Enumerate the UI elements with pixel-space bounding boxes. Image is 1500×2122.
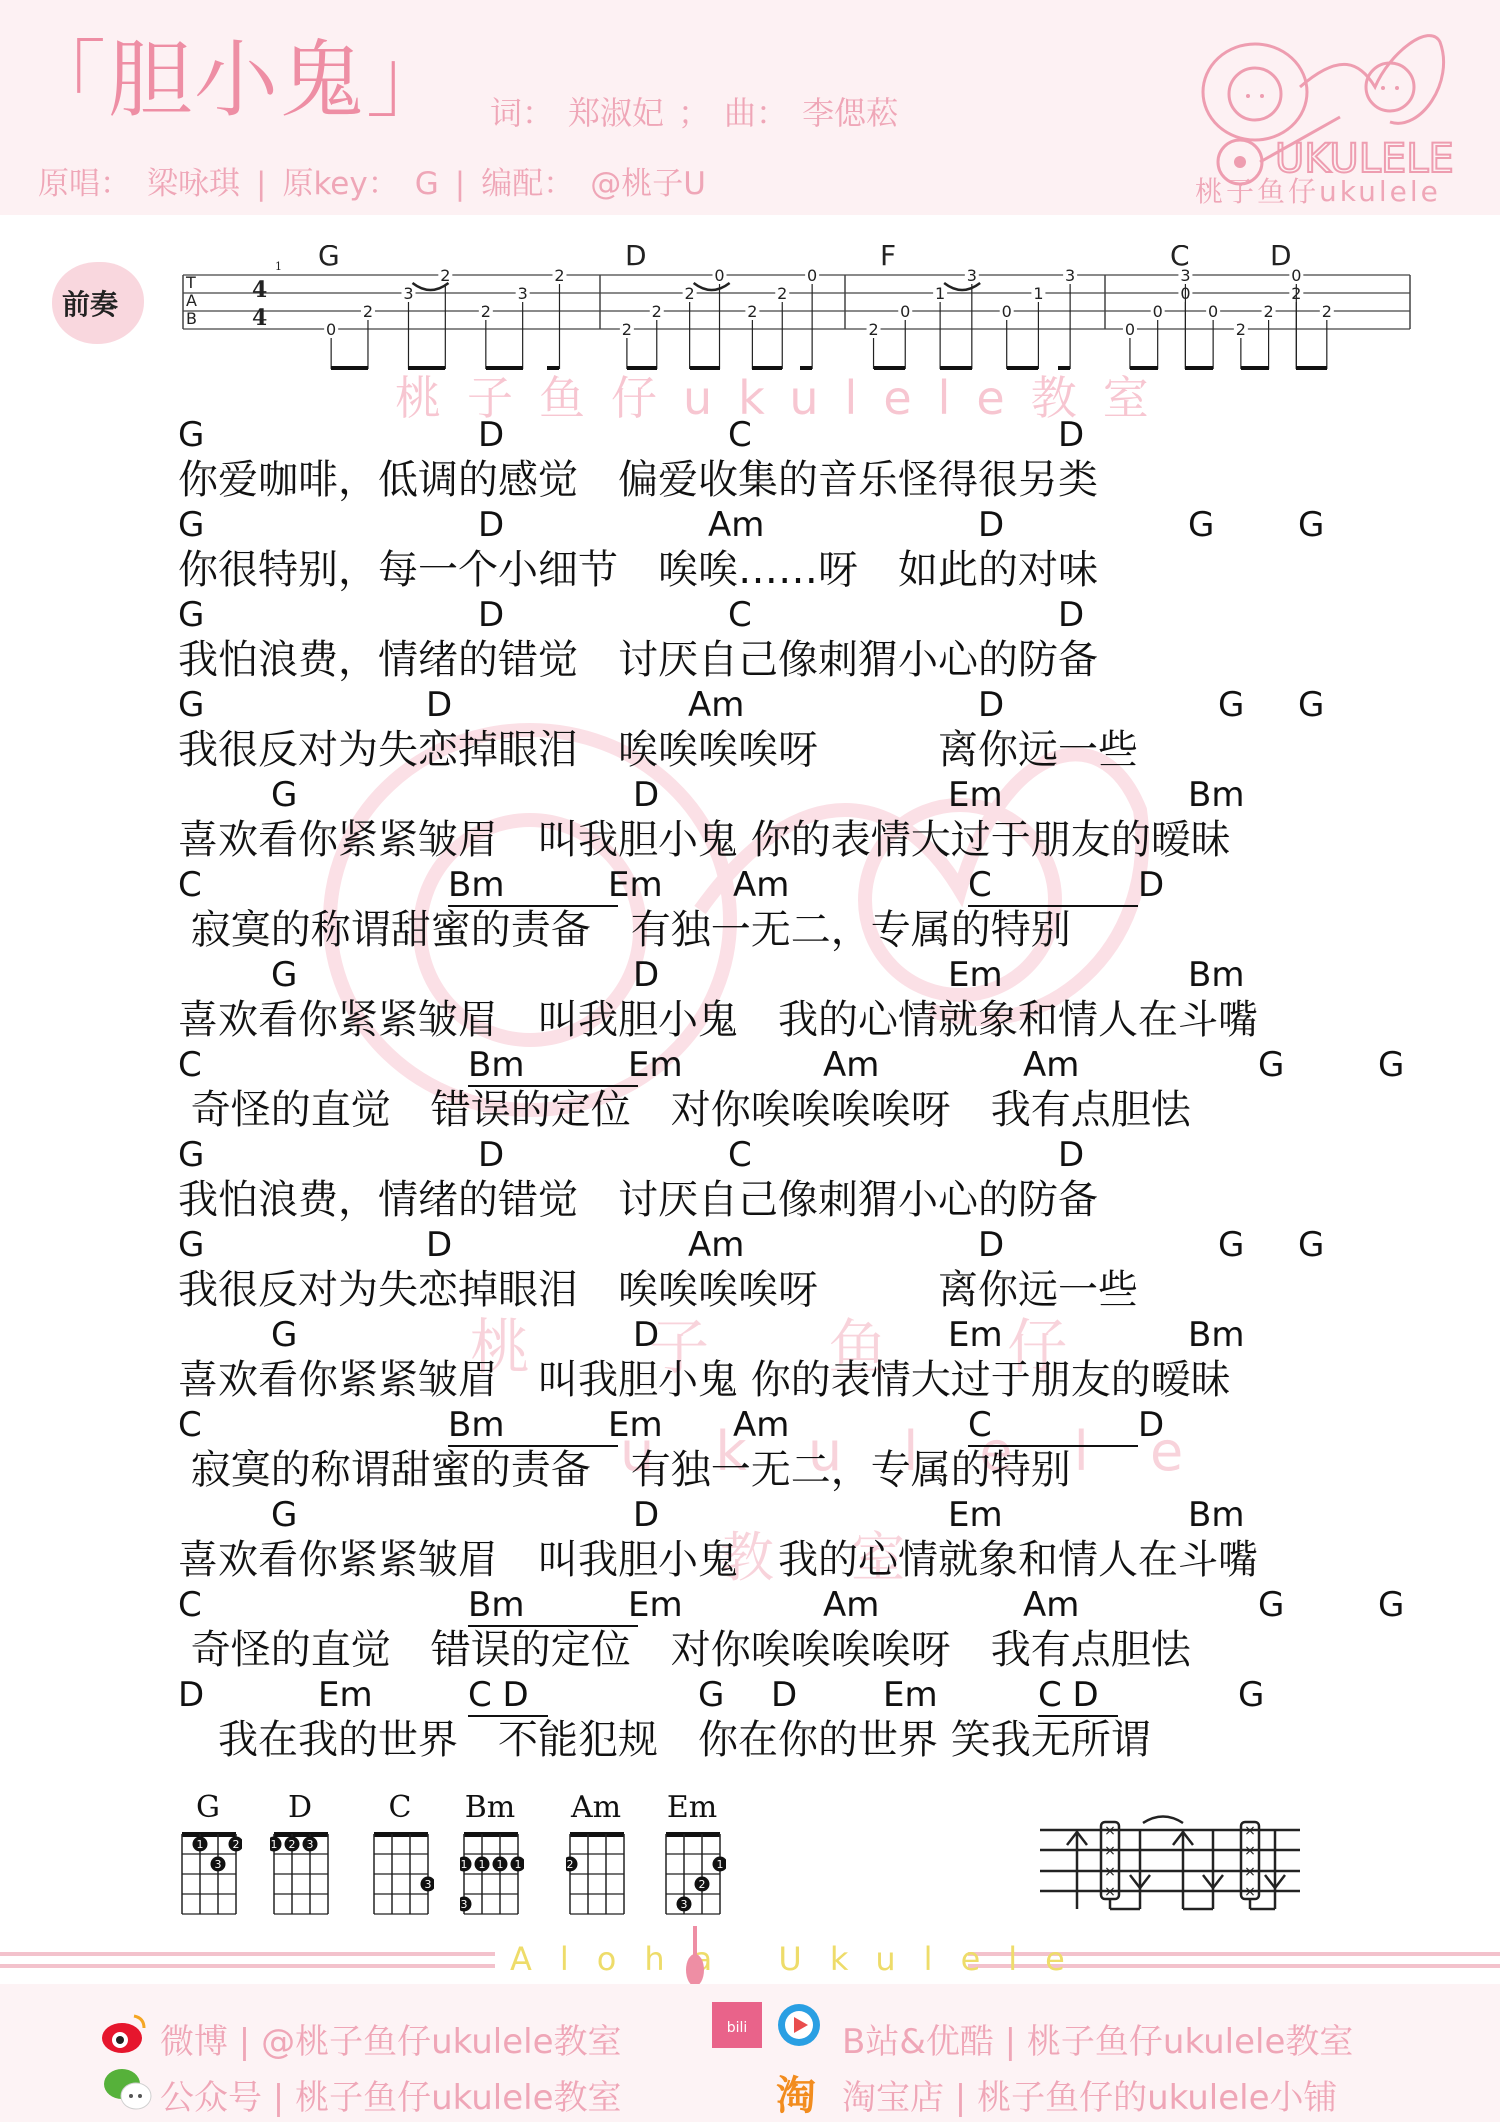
wechat-icon[interactable] <box>102 2066 154 2112</box>
footer: 微博 | @桃子鱼仔ukulele教室 bili B站&优酷 | 桃子鱼仔uku… <box>0 1984 1500 2122</box>
chord-symbol: G <box>178 418 204 452</box>
lyric-text: 我很反对为失恋掉眼泪 唉唉唉唉呀 离你远一些 <box>178 730 1138 770</box>
svg-text:3: 3 <box>1065 266 1075 285</box>
chord-symbol: G <box>1378 1588 1404 1622</box>
chord-symbol: D <box>478 598 504 632</box>
lyric-line: CBmEmAmCD 寂寞的称谓甜蜜的责备 有独一无二，专属的特别 <box>178 868 1438 958</box>
chord-symbol: C <box>728 1138 752 1172</box>
svg-text:2: 2 <box>699 1878 706 1891</box>
composer-label: 曲： <box>724 94 788 132</box>
lyric-text: 喜欢看你紧紧皱眉 叫我胆小鬼 你的表情大过于朋友的暧昧 <box>178 820 1231 860</box>
fretboard-icon: 123 <box>178 1830 242 1920</box>
lyrics-sheet: GDCD你爱咖啡，低调的感觉 偏爱收集的音乐怪得很另类GDAmDGG你很特别，每… <box>178 418 1438 1768</box>
svg-text:D: D <box>1270 245 1292 272</box>
chord-symbol: Am <box>688 688 744 722</box>
chord-symbol: Am <box>688 1228 744 1262</box>
fretboard-icon: 11113 <box>460 1830 524 1920</box>
bilibili-icon[interactable]: bili <box>712 2002 762 2048</box>
svg-text:2: 2 <box>363 302 373 321</box>
chord-diagram-name: D <box>270 1790 330 1825</box>
logo-text: 桃子鱼仔ukulele <box>1195 170 1441 210</box>
aloha-ukulele-text: Aloha Ukulele <box>510 1940 1093 1978</box>
chord-symbol: C <box>968 1408 992 1442</box>
chord-symbol: C <box>178 1048 202 1082</box>
lyric-line: GDEmBm喜欢看你紧紧皱眉 叫我胆小鬼 你的表情大过于朋友的暧昧 <box>178 778 1438 868</box>
chord-symbol: G <box>178 1228 204 1262</box>
svg-text:3: 3 <box>1180 266 1190 285</box>
svg-text:3: 3 <box>403 284 413 303</box>
divider-line <box>0 1952 495 1956</box>
svg-text:3: 3 <box>461 1898 468 1911</box>
fretboard-icon: 123 <box>270 1830 334 1920</box>
svg-text:1: 1 <box>479 1858 486 1871</box>
svg-text:2: 2 <box>289 1838 296 1851</box>
chord-symbol: G <box>1218 1228 1244 1262</box>
chord-symbol: G <box>178 1138 204 1172</box>
svg-text:1: 1 <box>935 284 945 303</box>
chord-symbol: Bm <box>1188 958 1244 992</box>
svg-text:0: 0 <box>326 320 336 339</box>
strum-pattern: ×××× ×××× <box>1020 1805 1320 1915</box>
svg-text:1: 1 <box>461 1858 468 1871</box>
svg-text:2: 2 <box>652 302 662 321</box>
chord-symbol: Bm <box>448 868 504 902</box>
chord-symbol: Bm <box>1188 778 1244 812</box>
svg-text:0: 0 <box>714 266 724 285</box>
svg-text:2: 2 <box>554 266 564 285</box>
chord-symbol: Bm <box>1188 1498 1244 1532</box>
svg-text:F: F <box>880 245 896 272</box>
chord-symbol: G <box>1298 688 1324 722</box>
svg-text:×: × <box>1104 1864 1116 1880</box>
chord-symbol: Em <box>948 958 1003 992</box>
lyric-text: 我怕浪费，情绪的错觉 讨厌自己像刺猬小心的防备 <box>178 640 1098 680</box>
lyric-line: GDCD我怕浪费，情绪的错觉 讨厌自己像刺猬小心的防备 <box>178 598 1438 688</box>
chord-symbol: D <box>426 1228 452 1262</box>
svg-text:1: 1 <box>717 1858 724 1871</box>
lyric-line: GDAmDGG我很反对为失恋掉眼泪 唉唉唉唉呀 离你远一些 <box>178 688 1438 778</box>
chord-symbol: G <box>178 508 204 542</box>
svg-text:1: 1 <box>275 260 282 273</box>
chord-symbol: Em <box>948 1318 1003 1352</box>
svg-text:3: 3 <box>967 266 977 285</box>
lyric-text: 我怕浪费，情绪的错觉 讨厌自己像刺猬小心的防备 <box>178 1180 1098 1220</box>
svg-text:2: 2 <box>481 302 491 321</box>
singer: 梁咏琪 <box>147 166 240 202</box>
chord-symbol: D <box>771 1678 797 1712</box>
lyric-text: 喜欢看你紧紧皱眉 叫我胆小鬼 我的心情就象和情人在斗嘴 <box>178 1000 1258 1040</box>
svg-text:×: × <box>1244 1864 1256 1880</box>
chord-symbol: D <box>178 1678 204 1712</box>
ukulele-icon <box>684 1926 706 1988</box>
chord-symbol: Am <box>1023 1048 1079 1082</box>
chord-symbol: G <box>1258 1588 1284 1622</box>
svg-text:T: T <box>185 273 196 292</box>
lyric-text: 喜欢看你紧紧皱眉 叫我胆小鬼 我的心情就象和情人在斗嘴 <box>178 1540 1258 1580</box>
chord-symbol: C <box>178 868 202 902</box>
svg-text:2: 2 <box>233 1838 240 1851</box>
chord-symbol: Am <box>823 1048 879 1082</box>
credits-writers: 词：郑淑妃；曲：李偲菘 <box>490 88 912 134</box>
chord-symbol: D <box>478 508 504 542</box>
arranger-label: 编配： <box>481 166 574 202</box>
svg-text:1: 1 <box>1033 284 1043 303</box>
svg-text:×: × <box>1104 1884 1116 1900</box>
chord-symbol: D <box>1138 1408 1164 1442</box>
lyric-line: GDCD我怕浪费，情绪的错觉 讨厌自己像刺猬小心的防备 <box>178 1138 1438 1228</box>
svg-text:3: 3 <box>215 1858 222 1871</box>
chord-symbol: G <box>698 1678 724 1712</box>
chord-symbol: G <box>1188 508 1214 542</box>
chord-symbol: D <box>633 1318 659 1352</box>
svg-text:1: 1 <box>197 1838 204 1851</box>
svg-text:3: 3 <box>681 1898 688 1911</box>
footer-weibo[interactable]: 微博 | @桃子鱼仔ukulele教室 <box>160 2014 622 2063</box>
svg-text:0: 0 <box>1002 302 1012 321</box>
footer-wechat[interactable]: 公众号 | 桃子鱼仔ukulele教室 <box>160 2070 622 2119</box>
chord-diagram-name: G <box>178 1790 238 1825</box>
chord-symbol: C D <box>1038 1678 1099 1712</box>
footer-taobao[interactable]: 淘宝店 | 桃子鱼仔的ukulele小铺 <box>842 2070 1338 2119</box>
pipe: | <box>455 166 465 202</box>
svg-text:3: 3 <box>518 284 528 303</box>
chord-symbol: C <box>178 1408 202 1442</box>
chord-symbol: Am <box>733 868 789 902</box>
lyric-line: DEmC DGDEmC DG 我在我的世界 不能犯规 你在你的世界 笑我无所谓 <box>178 1678 1438 1768</box>
svg-text:0: 0 <box>900 302 910 321</box>
lyric-text: 你很特别，每一个小细节 唉唉……呀 如此的对味 <box>178 550 1098 590</box>
chord-symbol: G <box>271 1318 297 1352</box>
svg-text:×: × <box>1104 1823 1116 1839</box>
svg-text:1: 1 <box>515 1858 522 1871</box>
lyric-line: CBmEmAmCD 寂寞的称谓甜蜜的责备 有独一无二，专属的特别 <box>178 1408 1438 1498</box>
lyricist: 郑淑妃 <box>568 94 664 132</box>
svg-text:G: G <box>318 245 340 272</box>
svg-text:B: B <box>186 309 197 328</box>
chord-symbol: Bm <box>448 1408 504 1442</box>
chord-symbol: C <box>728 418 752 452</box>
fretboard-icon: 2 <box>566 1830 630 1920</box>
svg-text:×: × <box>1244 1884 1256 1900</box>
chord-symbol: D <box>1138 868 1164 902</box>
chord-symbol: G <box>1378 1048 1404 1082</box>
chord-diagram-name: Bm <box>460 1790 520 1825</box>
svg-text:2: 2 <box>440 266 450 285</box>
chord-symbol: Am <box>823 1588 879 1622</box>
credits-separator: ； <box>678 94 710 132</box>
chord-symbol: Am <box>1023 1588 1079 1622</box>
svg-text:2: 2 <box>1236 320 1246 339</box>
lyric-line: GDEmBm喜欢看你紧紧皱眉 叫我胆小鬼 我的心情就象和情人在斗嘴 <box>178 1498 1438 1588</box>
chord-symbol: Em <box>608 868 663 902</box>
svg-text:1: 1 <box>271 1838 278 1851</box>
chord-symbol: D <box>978 508 1004 542</box>
svg-text:3: 3 <box>425 1878 432 1891</box>
lyricist-label: 词： <box>490 94 554 132</box>
chord-symbol: G <box>271 958 297 992</box>
chord-symbol: D <box>478 418 504 452</box>
arranger: @桃子U <box>590 166 706 202</box>
fretboard-icon: 123 <box>662 1830 726 1920</box>
chord-symbol: D <box>478 1138 504 1172</box>
chord-symbol: G <box>1298 1228 1324 1262</box>
lyric-text: 我在我的世界 不能犯规 你在你的世界 笑我无所谓 <box>178 1720 1151 1760</box>
chord-diagram-name: Em <box>662 1790 722 1825</box>
chord-symbol: C <box>728 598 752 632</box>
pipe: | <box>256 166 266 202</box>
fretboard-icon: 3 <box>370 1830 434 1920</box>
svg-text:0: 0 <box>1153 302 1163 321</box>
chord-symbol: Em <box>883 1678 938 1712</box>
svg-text:A: A <box>186 291 197 310</box>
intro-label: 前奏 <box>62 283 118 323</box>
svg-text:2: 2 <box>868 320 878 339</box>
singer-label: 原唱： <box>38 166 131 202</box>
youku-icon[interactable] <box>776 2002 822 2048</box>
chord-diagram-name: Am <box>566 1790 626 1825</box>
composer: 李偲菘 <box>802 94 898 132</box>
chord-symbol: C <box>178 1588 202 1622</box>
svg-text:2: 2 <box>1322 302 1332 321</box>
svg-text:bili: bili <box>727 2020 748 2036</box>
chord-symbol: G <box>178 688 204 722</box>
chord-symbol: G <box>271 778 297 812</box>
svg-text:0: 0 <box>807 266 817 285</box>
lyric-text: 奇怪的直觉 错误的定位 对你唉唉唉唉呀 我有点胆怯 <box>178 1630 1191 1670</box>
lyric-line: GDAmDGG我很反对为失恋掉眼泪 唉唉唉唉呀 离你远一些 <box>178 1228 1438 1318</box>
chord-symbol: Bm <box>468 1048 524 1082</box>
svg-text:0: 0 <box>1208 302 1218 321</box>
chord-symbol: D <box>633 1498 659 1532</box>
chord-symbol: D <box>1058 598 1084 632</box>
credits-performance: 原唱：梁咏琪|原key：G|编配：@桃子U <box>38 158 722 203</box>
svg-text:0: 0 <box>1291 266 1301 285</box>
lyric-line: GDEmBm喜欢看你紧紧皱眉 叫我胆小鬼 我的心情就象和情人在斗嘴 <box>178 958 1438 1048</box>
chord-symbol: Am <box>708 508 764 542</box>
footer-bilibili-youku[interactable]: B站&优酷 | 桃子鱼仔ukulele教室 <box>842 2014 1353 2063</box>
svg-text:4: 4 <box>252 305 267 331</box>
svg-text:3: 3 <box>307 1838 314 1851</box>
chord-symbol: Em <box>318 1678 373 1712</box>
svg-text:2: 2 <box>685 284 695 303</box>
lyric-text: 我很反对为失恋掉眼泪 唉唉唉唉呀 离你远一些 <box>178 1270 1138 1310</box>
lyric-line: GDCD你爱咖啡，低调的感觉 偏爱收集的音乐怪得很另类 <box>178 418 1438 508</box>
lyric-line: CBmEmAmAmGG 奇怪的直觉 错误的定位 对你唉唉唉唉呀 我有点胆怯 <box>178 1588 1438 1678</box>
svg-text:×: × <box>1244 1823 1256 1839</box>
chord-symbol: G <box>1218 688 1244 722</box>
chord-symbol: Em <box>948 778 1003 812</box>
chord-symbol: D <box>978 1228 1004 1262</box>
key-label: 原key： <box>282 166 398 202</box>
lyric-line: GDAmDGG你很特别，每一个小细节 唉唉……呀 如此的对味 <box>178 508 1438 598</box>
intro-tablature: TAB441G0232232D2220220F2013013CD00030222… <box>180 245 1420 385</box>
chord-symbol: D <box>633 778 659 812</box>
chord-symbol: C D <box>468 1678 529 1712</box>
chord-symbol: Em <box>948 1498 1003 1532</box>
lyric-text: 你爱咖啡，低调的感觉 偏爱收集的音乐怪得很另类 <box>178 460 1098 500</box>
lyric-line: GDEmBm喜欢看你紧紧皱眉 叫我胆小鬼 你的表情大过于朋友的暧昧 <box>178 1318 1438 1408</box>
svg-text:×: × <box>1244 1843 1256 1859</box>
chord-symbol: Bm <box>1188 1318 1244 1352</box>
key-value: G <box>415 166 439 202</box>
svg-text:1: 1 <box>497 1858 504 1871</box>
chord-symbol: G <box>1238 1678 1264 1712</box>
chord-symbol: G <box>1298 508 1324 542</box>
svg-text:2: 2 <box>567 1858 574 1871</box>
taobao-icon[interactable]: 淘 <box>776 2064 816 2121</box>
lyric-line: CBmEmAmAmGG 奇怪的直觉 错误的定位 对你唉唉唉唉呀 我有点胆怯 <box>178 1048 1438 1138</box>
chord-symbol: Em <box>608 1408 663 1442</box>
chord-symbol: Em <box>628 1048 683 1082</box>
svg-text:2: 2 <box>777 284 787 303</box>
chord-symbol: G <box>178 598 204 632</box>
svg-text:0: 0 <box>1125 320 1135 339</box>
chord-symbol: Am <box>733 1408 789 1442</box>
svg-text:4: 4 <box>252 277 267 303</box>
lyric-text: 奇怪的直觉 错误的定位 对你唉唉唉唉呀 我有点胆怯 <box>178 1090 1191 1130</box>
lyric-text: 寂寞的称谓甜蜜的责备 有独一无二，专属的特别 <box>178 910 1071 950</box>
svg-text:D: D <box>625 245 647 272</box>
chord-symbol: G <box>1258 1048 1284 1082</box>
song-title: 「胆小鬼」 <box>22 38 452 122</box>
chord-symbol: G <box>271 1498 297 1532</box>
chord-symbol: D <box>1058 1138 1084 1172</box>
chord-diagram-name: C <box>370 1790 430 1825</box>
chord-symbol: C <box>968 868 992 902</box>
chord-symbol: D <box>633 958 659 992</box>
lyric-text: 寂寞的称谓甜蜜的责备 有独一无二，专属的特别 <box>178 1450 1071 1490</box>
svg-text:×: × <box>1104 1843 1116 1859</box>
chord-diagrams: G123D123C3Bm11113Am2Em123 <box>170 1790 770 1920</box>
chord-symbol: D <box>978 688 1004 722</box>
svg-text:2: 2 <box>1263 302 1273 321</box>
divider-line <box>0 1964 495 1968</box>
chord-symbol: D <box>1058 418 1084 452</box>
chord-symbol: Bm <box>468 1588 524 1622</box>
chord-symbol: D <box>426 688 452 722</box>
header: 「胆小鬼」 词：郑淑妃；曲：李偲菘 原唱：梁咏琪|原key：G|编配：@桃子U … <box>0 0 1500 215</box>
chord-symbol: Em <box>628 1588 683 1622</box>
lyric-text: 喜欢看你紧紧皱眉 叫我胆小鬼 你的表情大过于朋友的暧昧 <box>178 1360 1231 1400</box>
svg-text:2: 2 <box>747 302 757 321</box>
weibo-icon[interactable] <box>100 2012 148 2056</box>
svg-text:2: 2 <box>622 320 632 339</box>
